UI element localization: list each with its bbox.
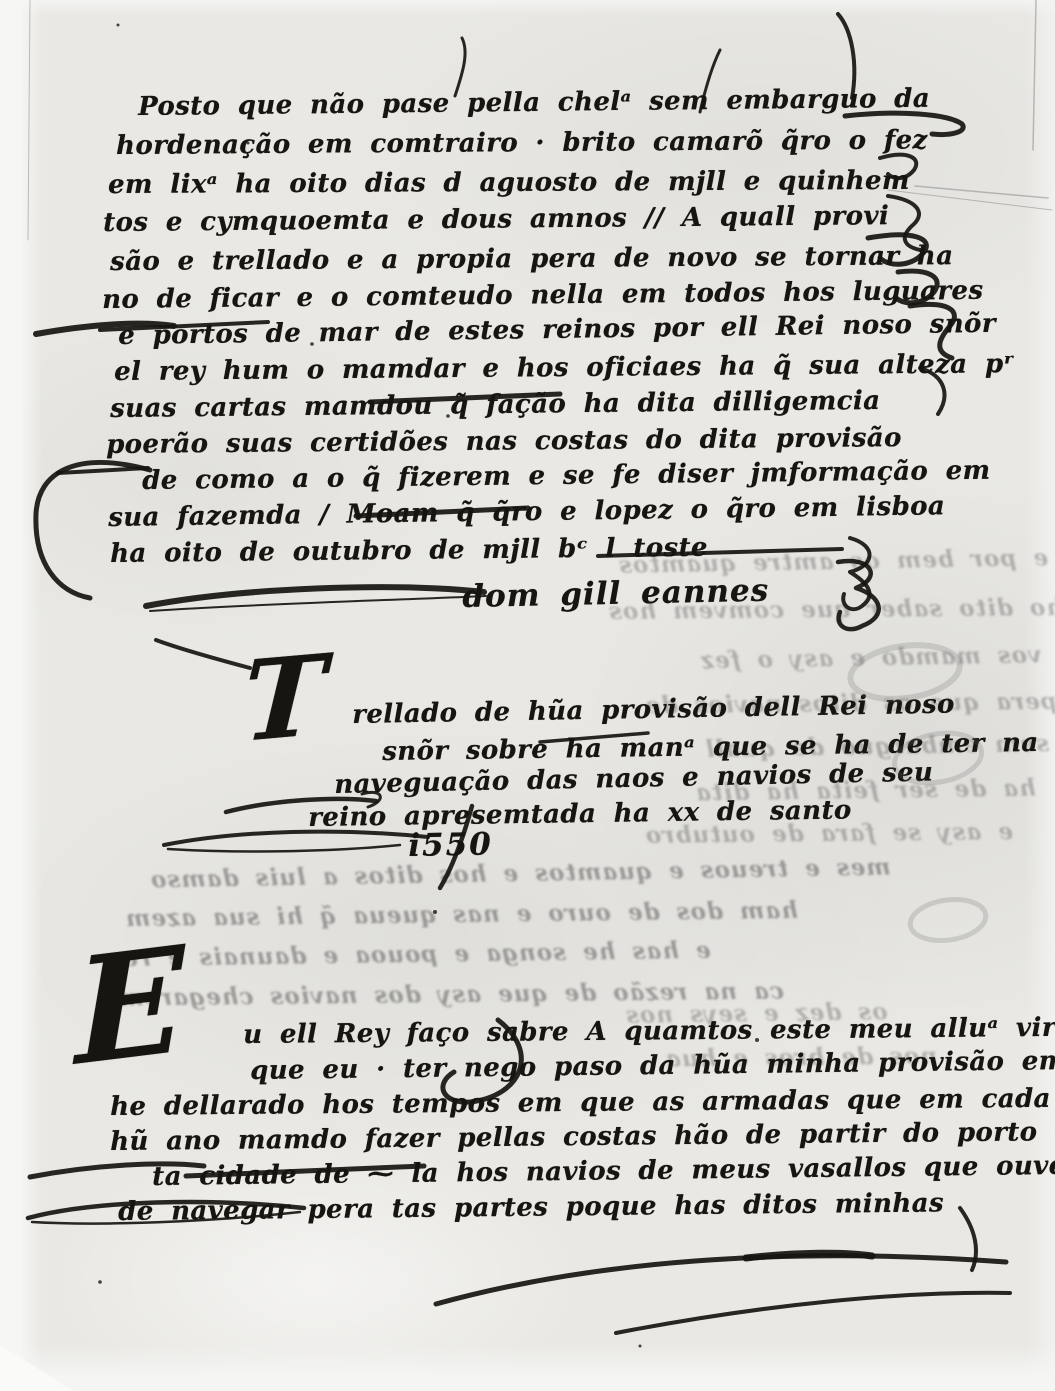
paragraph-initial: E	[74, 935, 186, 1080]
heading-year: i550	[408, 827, 493, 864]
manuscript-line: são e trellado e a propia pera de novo s…	[110, 241, 954, 277]
bottom-left-fold	[0, 1345, 74, 1391]
manuscript-line: ha oito de outubro de mjll bᶜ l toste	[110, 533, 708, 569]
manuscript-line: em lixᵃ ha oito dias d aguosto de mjll e…	[108, 166, 910, 200]
manuscript-line: hordenação em comtrairo · brito camarõ q…	[116, 125, 928, 161]
manuscript-photo: e por bem os amtre quamtos ho dito saber…	[0, 0, 1055, 1391]
heading-initial: T	[241, 645, 328, 752]
signature-line: dom gill eannes	[462, 573, 769, 615]
